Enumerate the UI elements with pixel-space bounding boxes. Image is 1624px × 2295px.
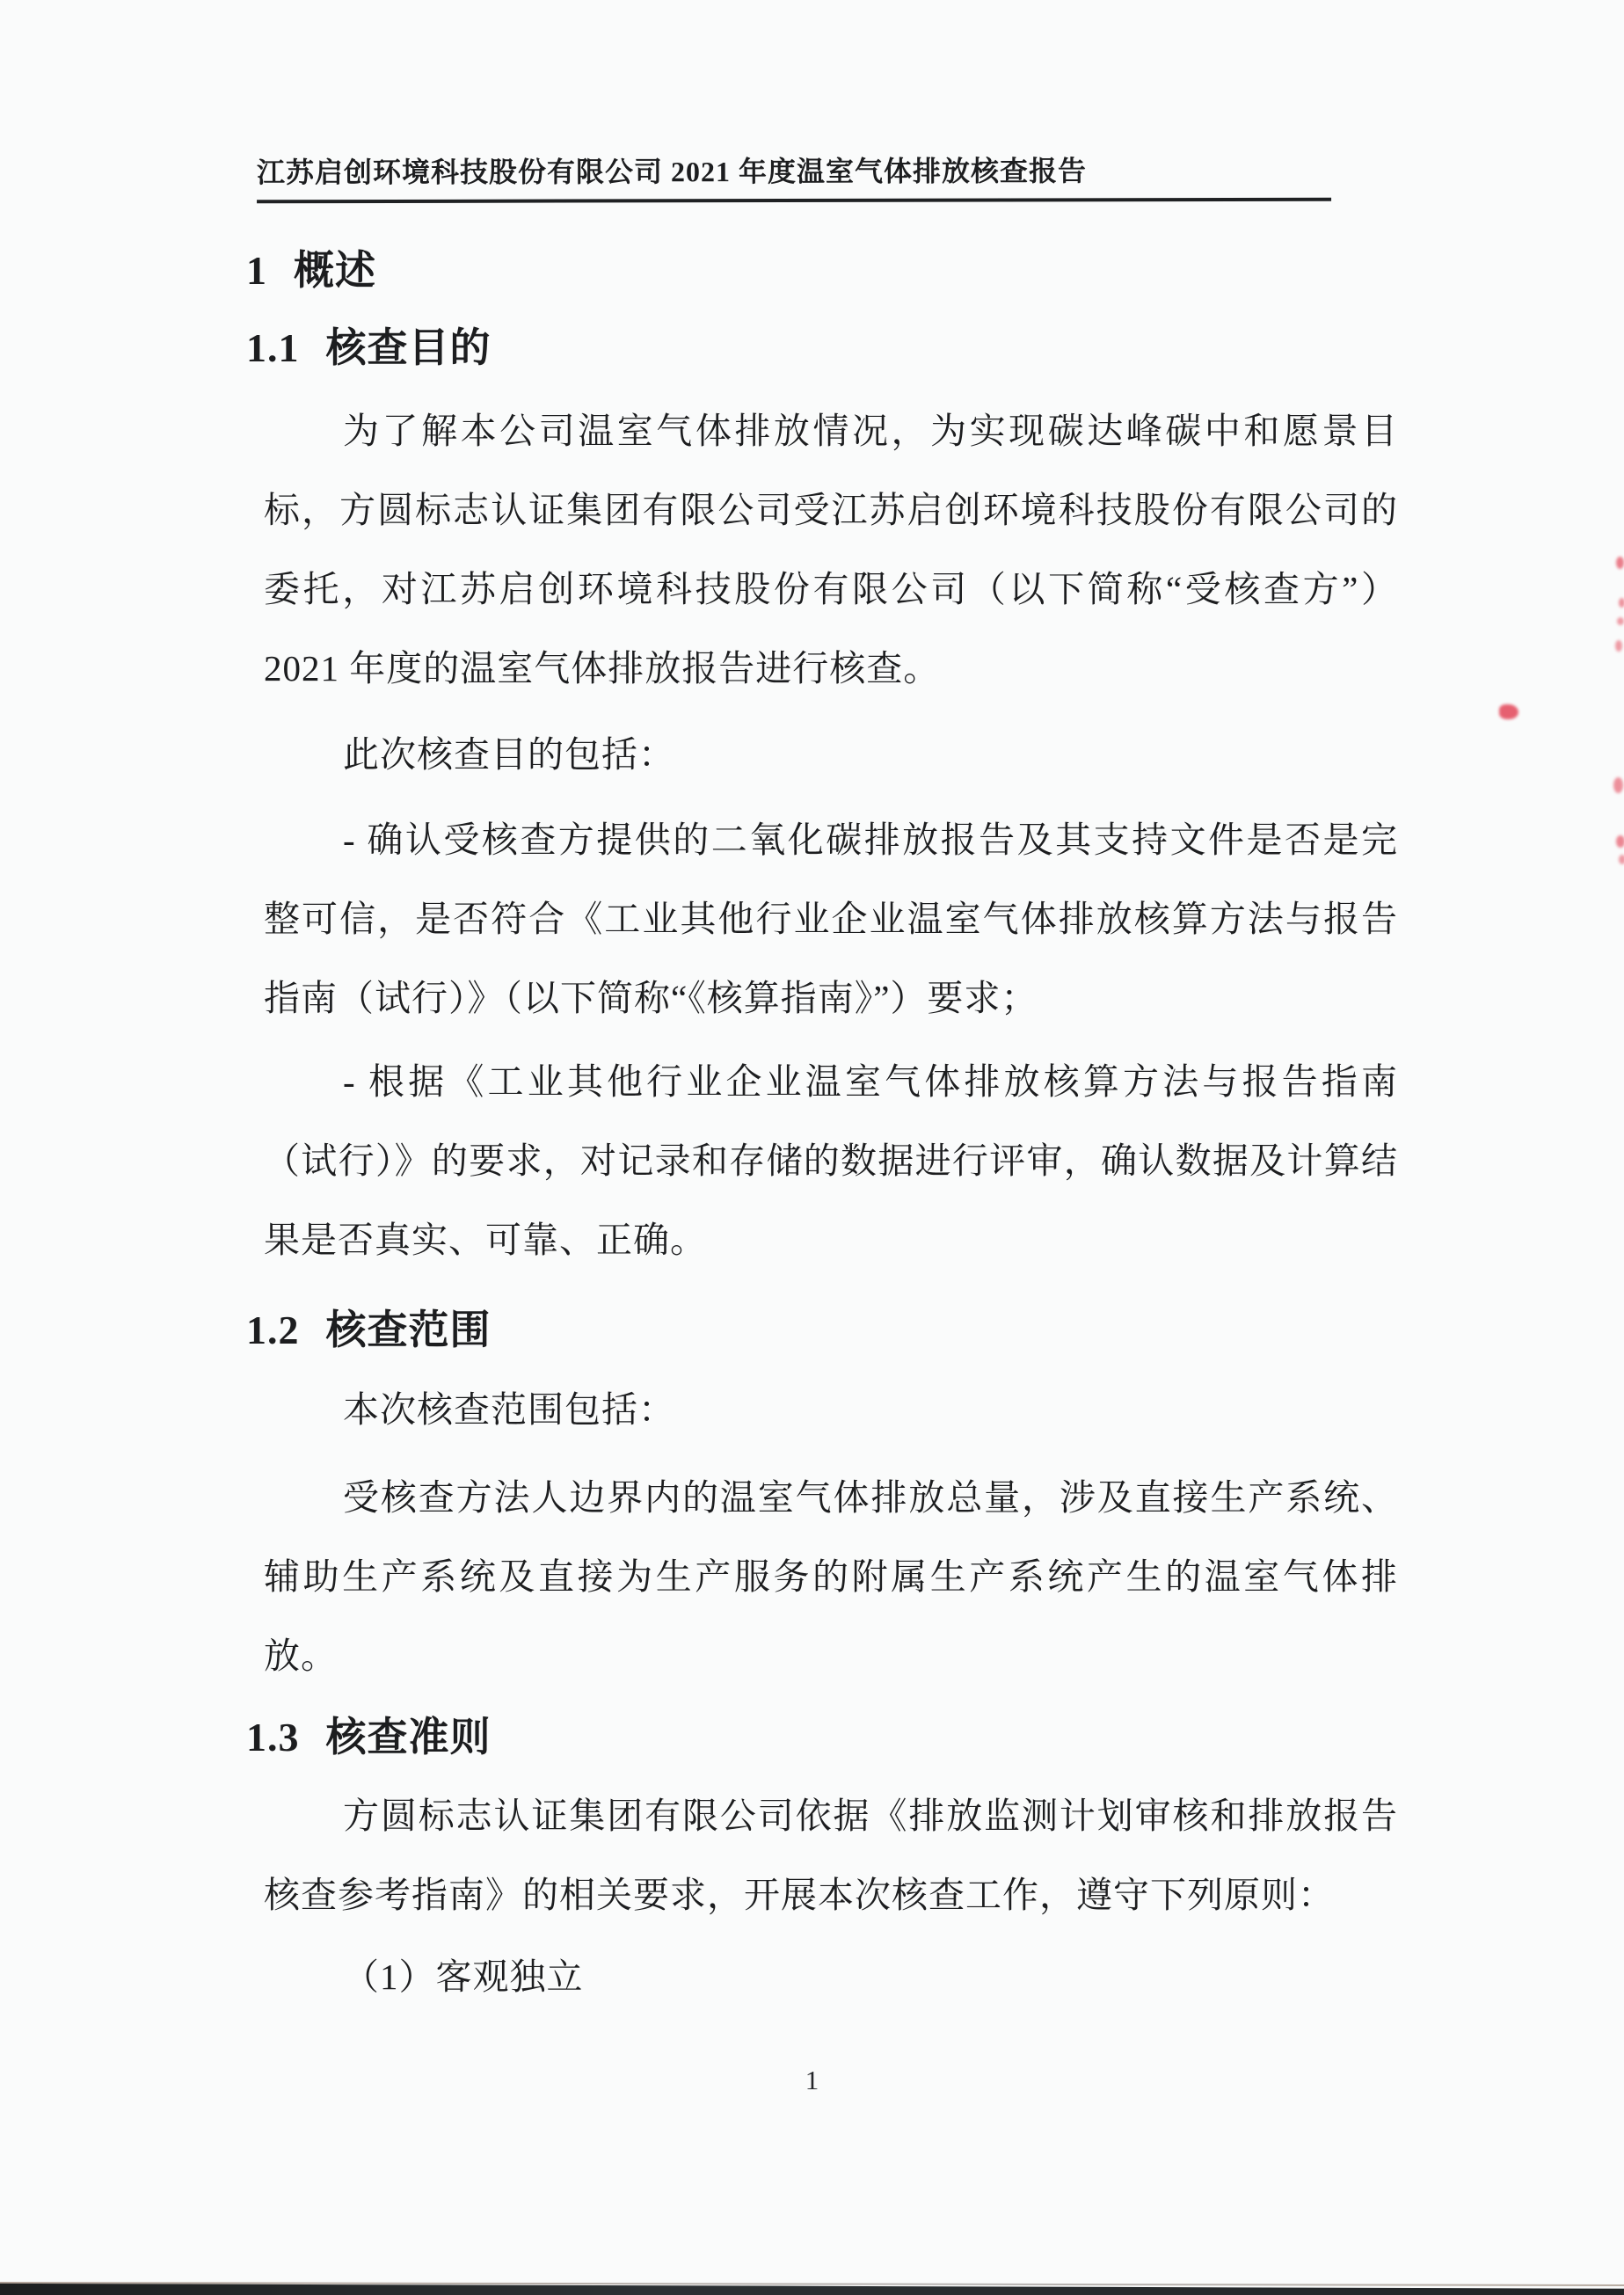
paragraph-verification-purpose: 为了解本公司温室气体排放情况，为实现碳达峰碳中和愿景目标，方圆标志认证集团有限公… (264, 391, 1398, 708)
paragraph-criteria-intro: 方圆标志认证集团有限公司依据《排放监测计划审核和排放报告核查参考指南》的相关要求… (264, 1776, 1398, 1934)
section-title: 核查范围 (326, 1308, 492, 1352)
section-number: 1.2 (246, 1308, 300, 1352)
paragraph-purpose-intro: 此次核查目的包括： (264, 715, 1398, 794)
section-heading-1-1: 1.1核查目的 (246, 322, 1398, 375)
paragraph-purpose-item-1: - 确认受核查方提供的二氧化碳排放报告及其支持文件是否是完整可信，是否符合《工业… (264, 800, 1398, 1038)
section-heading-1-2: 1.2核查范围 (246, 1304, 1398, 1357)
stamp-bleed-mark (1615, 640, 1622, 652)
stamp-bleed-mark (1613, 777, 1623, 793)
section-heading-1-3: 1.3核查准则 (246, 1711, 1398, 1764)
paragraph-principle-1: （1）客观独立 (264, 1937, 1398, 2016)
stamp-bleed-mark (1499, 704, 1518, 719)
section-number: 1.1 (246, 325, 300, 370)
stamp-bleed-mark (1619, 855, 1624, 864)
document-body: 1概述 1.1核查目的 为了解本公司温室气体排放情况，为实现碳达峰碳中和愿景目标… (264, 0, 1398, 2016)
stamp-bleed-mark (1617, 617, 1624, 625)
page-number: 1 (0, 2065, 1624, 2096)
stamp-bleed-mark (1616, 835, 1624, 848)
paragraph-scope-detail: 受核查方法人边界内的温室气体排放总量，涉及直接生产系统、辅助生产系统及直接为生产… (264, 1458, 1398, 1695)
section-heading-1: 1概述 (246, 244, 1398, 297)
stamp-bleed-mark (1616, 557, 1624, 569)
stamp-bleed-mark (1619, 598, 1624, 608)
section-title: 核查目的 (326, 325, 492, 370)
section-number: 1.3 (246, 1715, 300, 1759)
section-number: 1 (246, 248, 267, 293)
section-title: 概述 (294, 248, 376, 293)
paragraph-scope-intro: 本次核查范围包括： (264, 1370, 1398, 1449)
section-title: 核查准则 (326, 1715, 492, 1759)
document-page: 江苏启创环境科技股份有限公司 2021 年度温室气体排放核查报告 1概述 1.1… (0, 0, 1624, 2295)
paragraph-purpose-item-2: - 根据《工业其他行业企业温室气体排放核算方法与报告指南（试行）》的要求，对记录… (264, 1042, 1398, 1279)
